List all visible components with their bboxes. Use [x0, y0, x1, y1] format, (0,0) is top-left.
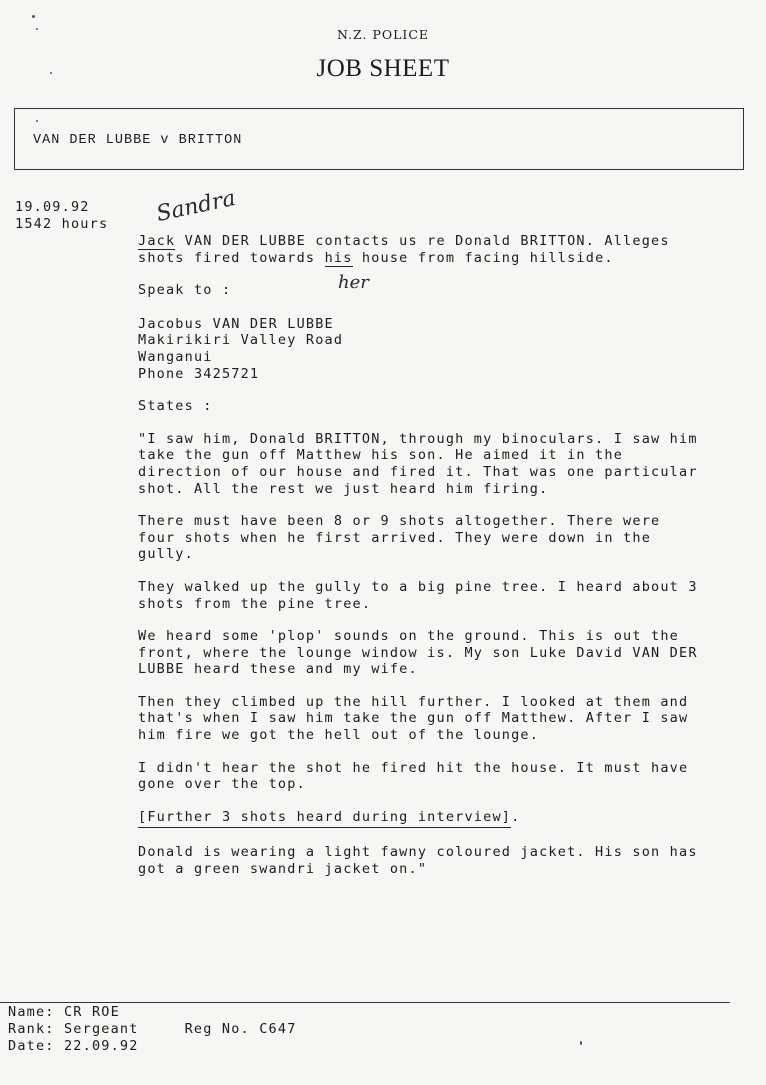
scan-speck: [50, 72, 52, 74]
officer-reg-no: Reg No. C647: [185, 1021, 297, 1037]
interview-note-suffix: .: [511, 809, 520, 825]
contact-address2: Wanganui: [138, 349, 213, 365]
speak-to-label: Speak to :: [138, 282, 748, 299]
interview-note: [Further 3 shots heard during interview]…: [138, 809, 748, 829]
states-label: States :: [138, 398, 748, 415]
officer-rank: Rank: Sergeant: [8, 1021, 139, 1037]
scan-speck: [36, 120, 38, 122]
case-title-box: VAN DER LUBBE v BRITTON: [14, 108, 744, 170]
footer-divider: [0, 1002, 730, 1003]
document-title: JOB SHEET: [0, 55, 766, 83]
pronoun-underlined: his: [325, 250, 353, 267]
statement-paragraph: I didn't hear the shot he fired hit the …: [138, 760, 748, 793]
officer-name: Name: CR ROE: [8, 1004, 297, 1021]
interview-note-text: [Further 3 shots heard during interview]: [138, 809, 511, 829]
case-title: VAN DER LUBBE v BRITTON: [33, 133, 242, 148]
contact-block: Jacobus VAN DER LUBBE Makirikiri Valley …: [138, 316, 748, 382]
scan-speck: [32, 15, 35, 18]
statement-paragraph: "I saw him, Donald BRITTON, through my b…: [138, 431, 748, 497]
closing-paragraph: Donald is wearing a light fawny coloured…: [138, 844, 748, 877]
first-name-underlined: Jack: [138, 233, 175, 250]
scan-speck: [580, 1041, 582, 1045]
statement-paragraph: They walked up the gully to a big pine t…: [138, 579, 748, 612]
entry-date: 19.09.92: [15, 199, 108, 216]
intro-line1: VAN DER LUBBE contacts us re Donald BRIT…: [175, 233, 669, 249]
intro-line2a: shots fired towards: [138, 250, 325, 266]
report-date: Date: 22.09.92: [8, 1038, 297, 1055]
intro-paragraph: Jack VAN DER LUBBE contacts us re Donald…: [138, 233, 748, 266]
officer-rank-row: Rank: SergeantReg No. C647: [8, 1021, 297, 1038]
contact-name: Jacobus VAN DER LUBBE: [138, 316, 334, 332]
officer-details: Name: CR ROE Rank: SergeantReg No. C647 …: [8, 1004, 297, 1055]
contact-address1: Makirikiri Valley Road: [138, 332, 343, 348]
entry-time: 1542 hours: [15, 216, 108, 233]
intro-line2b: house from facing hillside.: [353, 250, 614, 266]
entry-datetime: 19.09.92 1542 hours: [15, 199, 108, 233]
scan-speck: [36, 28, 38, 30]
statement-paragraph: We heard some 'plop' sounds on the groun…: [138, 628, 748, 678]
statement-paragraph: There must have been 8 or 9 shots altoge…: [138, 513, 748, 563]
entry-body: Jack VAN DER LUBBE contacts us re Donald…: [138, 233, 748, 894]
contact-phone: Phone 3425721: [138, 366, 259, 382]
agency-name: N.Z. POLICE: [0, 27, 766, 42]
handwritten-sandra: Sandra: [154, 186, 238, 227]
statement-paragraph: Then they climbed up the hill further. I…: [138, 694, 748, 744]
